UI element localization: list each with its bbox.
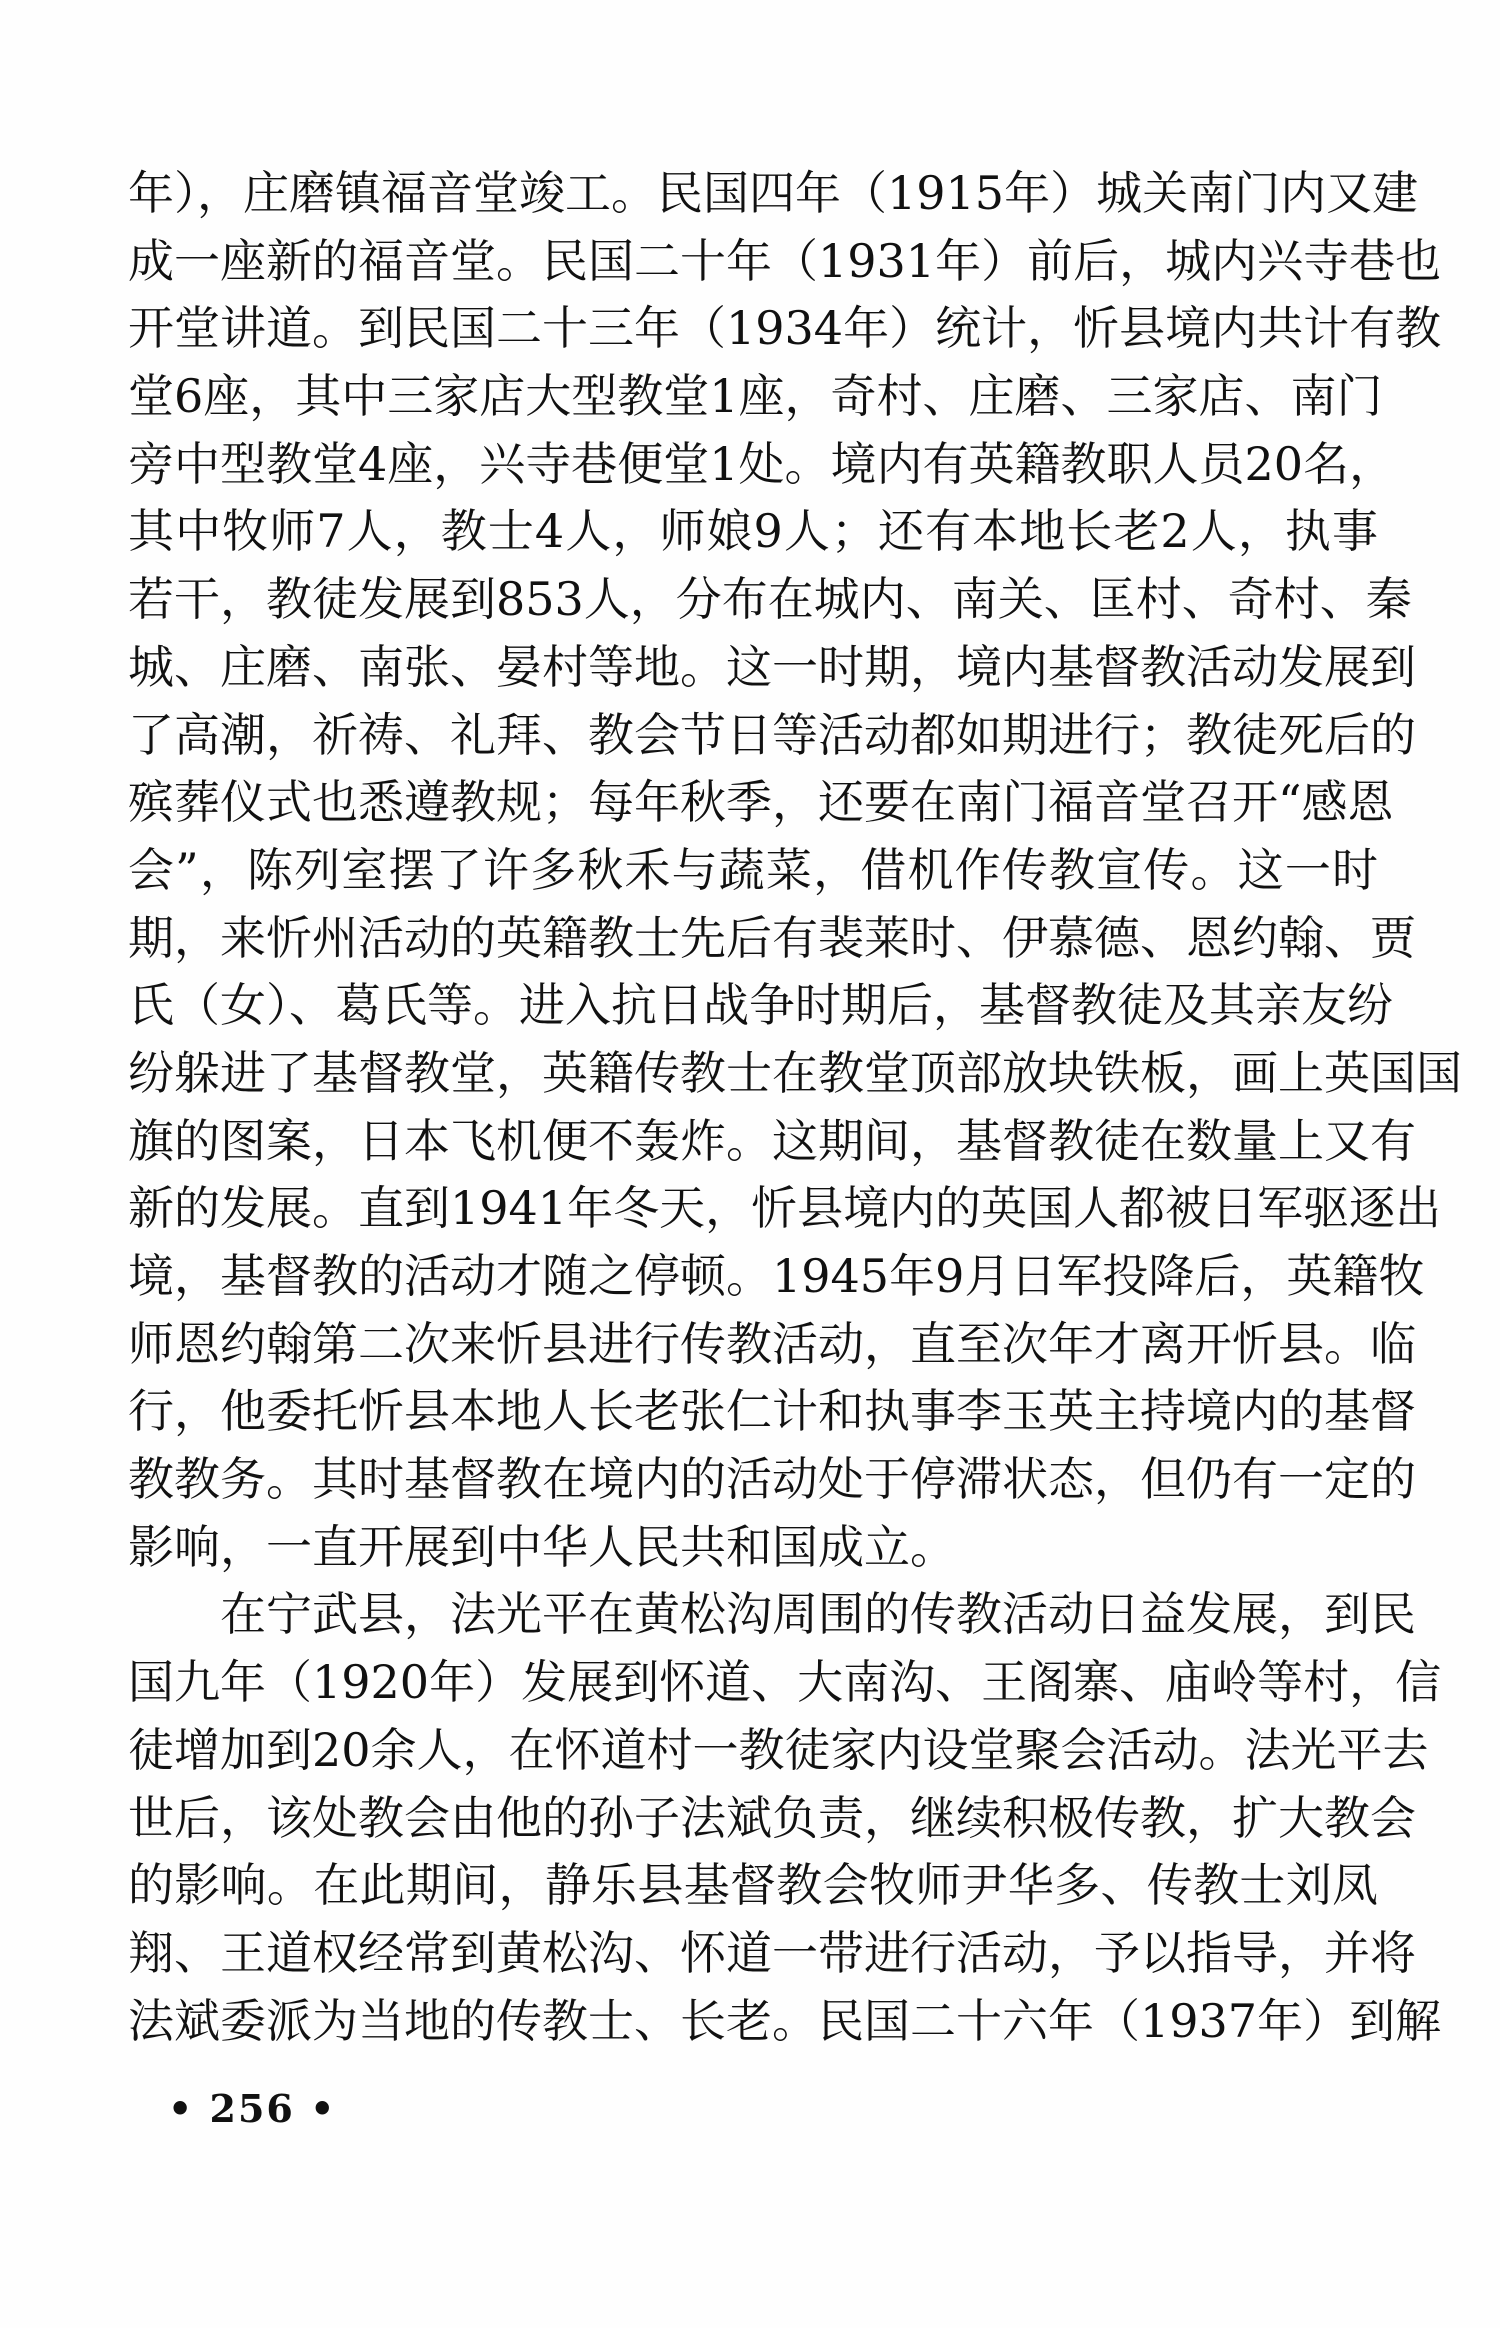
paragraph-1: 年），庄磨镇福音堂竣工。民国四年（1915年）城关南门内又建 成一座新的福音堂。… <box>128 160 1378 1581</box>
text-line: 在宁武县，法光平在黄松沟周围的传教活动日益发展，到民 <box>128 1581 1378 1649</box>
book-page: 年），庄磨镇福音堂竣工。民国四年（1915年）城关南门内又建 成一座新的福音堂。… <box>0 0 1500 2328</box>
text-line: 的影响。在此期间，静乐县基督教会牧师尹华多、传教士刘凤 <box>128 1852 1378 1920</box>
text-line: 行，他委托忻县本地人长老张仁计和执事李玉英主持境内的基督 <box>128 1378 1378 1446</box>
text-line: 国九年（1920年）发展到怀道、大南沟、王阁寨、庙岭等村，信 <box>128 1649 1378 1717</box>
text-line: 殡葬仪式也悉遵教规；每年秋季，还要在南门福音堂召开“感恩 <box>128 769 1378 837</box>
text-line: 旁中型教堂4座，兴寺巷便堂1处。境内有英籍教职人员20名， <box>128 431 1378 499</box>
text-line: 了高潮，祈祷、礼拜、教会节日等活动都如期进行；教徒死后的 <box>128 702 1378 770</box>
text-line: 城、庄磨、南张、晏村等地。这一时期，境内基督教活动发展到 <box>128 634 1378 702</box>
text-line: 成一座新的福音堂。民国二十年（1931年）前后，城内兴寺巷也 <box>128 228 1378 296</box>
paragraph-2: 在宁武县，法光平在黄松沟周围的传教活动日益发展，到民 国九年（1920年）发展到… <box>128 1581 1378 2055</box>
text-line: 若干，教徒发展到853人，分布在城内、南关、匡村、奇村、秦 <box>128 566 1378 634</box>
text-line: 徒增加到20余人，在怀道村一教徒家内设堂聚会活动。法光平去 <box>128 1717 1378 1785</box>
text-line: 法斌委派为当地的传教士、长老。民国二十六年（1937年）到解 <box>128 1988 1378 2056</box>
text-line: 其中牧师7人，教士4人，师娘9人；还有本地长老2人，执事 <box>128 498 1378 566</box>
text-line: 纷躲进了基督教堂，英籍传教士在教堂顶部放块铁板，画上英国国 <box>128 1040 1378 1108</box>
text-line: 境，基督教的活动才随之停顿。1945年9月日军投降后，英籍牧 <box>128 1243 1378 1311</box>
text-line: 旗的图案，日本飞机便不轰炸。这期间，基督教徒在数量上又有 <box>128 1108 1378 1176</box>
text-line: 世后，该处教会由他的孙子法斌负责，继续积极传教，扩大教会 <box>128 1785 1378 1853</box>
text-line: 翔、王道权经常到黄松沟、怀道一带进行活动，予以指导，并将 <box>128 1920 1378 1988</box>
body-text: 年），庄磨镇福音堂竣工。民国四年（1915年）城关南门内又建 成一座新的福音堂。… <box>128 160 1378 2055</box>
text-line: 氏（女）、葛氏等。进入抗日战争时期后，基督教徒及其亲友纷 <box>128 972 1378 1040</box>
text-line: 期，来忻州活动的英籍教士先后有裴莱时、伊慕德、恩约翰、贾 <box>128 905 1378 973</box>
text-line: 开堂讲道。到民国二十三年（1934年）统计，忻县境内共计有教 <box>128 295 1378 363</box>
text-line: 年），庄磨镇福音堂竣工。民国四年（1915年）城关南门内又建 <box>128 160 1378 228</box>
text-line: 影响，一直开展到中华人民共和国成立。 <box>128 1514 1378 1582</box>
text-line: 新的发展。直到1941年冬天，忻县境内的英国人都被日军驱逐出 <box>128 1175 1378 1243</box>
page-number: • 256 • <box>168 2086 336 2131</box>
text-line: 堂6座，其中三家店大型教堂1座，奇村、庄磨、三家店、南门 <box>128 363 1378 431</box>
text-line: 教教务。其时基督教在境内的活动处于停滞状态，但仍有一定的 <box>128 1446 1378 1514</box>
text-line: 会”，陈列室摆了许多秋禾与蔬菜，借机作传教宣传。这一时 <box>128 837 1378 905</box>
text-line: 师恩约翰第二次来忻县进行传教活动，直至次年才离开忻县。临 <box>128 1311 1378 1379</box>
